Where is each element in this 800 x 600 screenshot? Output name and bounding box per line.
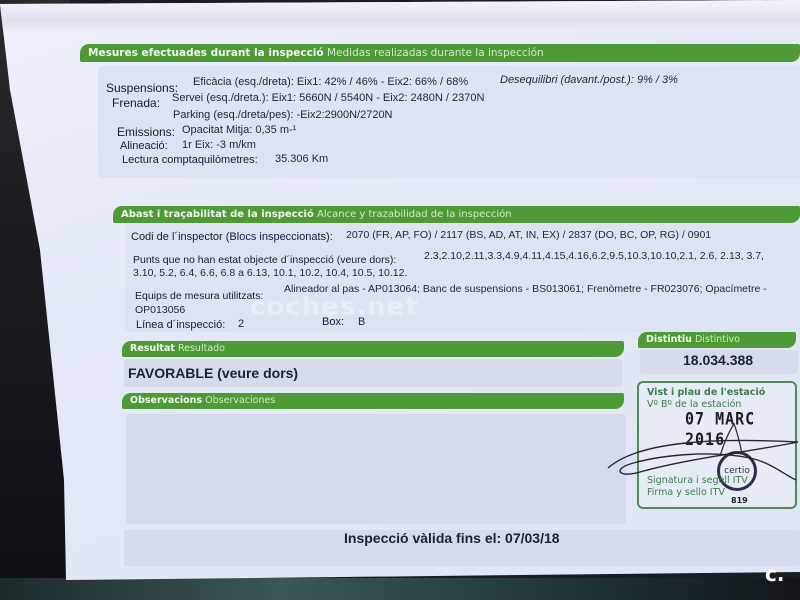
corner-logo: c.	[765, 562, 784, 586]
suspensions-value: Eficàcia (esq./dreta): Eix1: 42% / 46% -…	[193, 76, 468, 88]
suspensions-imbalance: Desequilibri (davant./post.): 9% / 3%	[500, 74, 678, 86]
inspection-document: Mesures efectuades durant la inspecció M…	[0, 0, 800, 580]
not-inspected-label: Punts que no han estat objecte d´inspecc…	[133, 254, 396, 266]
odometer-label: Lectura comptaquilòmetres:	[122, 154, 258, 166]
section-title-es: Distintivo	[695, 334, 740, 345]
section-title-es: Resultado	[178, 343, 225, 354]
suspensions-label: Suspensions:	[106, 81, 178, 95]
section-header-measures: Mesures efectuades durant la inspecció M…	[80, 44, 800, 62]
alignment-label: Alineació:	[120, 140, 168, 152]
station-number: 819	[731, 496, 748, 505]
badge-number: 18.034.388	[683, 352, 753, 368]
inspector-code-value: 2070 (FR, AP, FO) / 2117 (BS, AD, AT, IN…	[346, 229, 711, 241]
inspection-line-value: 2	[238, 318, 244, 330]
emissions-label: Emissions:	[117, 125, 175, 139]
alignment-value: 1r Eix: -3 m/km	[182, 139, 256, 151]
section-title-ca: Distintiu	[646, 334, 692, 345]
section-header-observations: Observacions Observaciones	[122, 393, 624, 409]
not-inspected-value-line1: 2.3,2.10,2.11,3.3,4.9,4.11,4.15,4.16,6.2…	[424, 250, 764, 262]
braking-label: Frenada:	[112, 96, 160, 110]
equipment-label: Equips de mesura utilitzats:	[135, 290, 263, 302]
section-header-scope: Abast i traçabilitat de la inspecció Alc…	[113, 206, 800, 223]
paper-fold	[0, 0, 800, 30]
equipment-value-line2: OP013056	[135, 304, 185, 316]
background-bottom	[0, 578, 800, 600]
section-title-es: Observaciones	[205, 395, 275, 406]
validity-text: Inspecció vàlida fins el: 07/03/18	[344, 530, 560, 546]
section-title-es: Alcance y trazabilidad de la inspección	[317, 209, 512, 220]
observations-panel	[126, 414, 626, 524]
braking-service: Servei (esq./dreta.): Eix1: 5660N / 5540…	[172, 92, 484, 104]
emissions-value: Opacitat Mitja: 0,35 m-¹	[182, 124, 296, 136]
section-title-ca: Mesures efectuades durant la inspecció	[88, 47, 324, 59]
section-header-result: Resultat Resultado	[122, 341, 624, 357]
stamp-signature-ca: Signatura i segell ITV	[647, 475, 748, 486]
section-title-ca: Abast i traçabilitat de la inspecció	[121, 209, 314, 220]
section-title-es: Medidas realizadas durante la inspección	[327, 47, 544, 59]
station-stamp-box: Vist i plau de l'estació Vº Bº de la est…	[637, 381, 797, 509]
stamp-signature-es: Firma y sello ITV	[647, 487, 725, 498]
section-title-ca: Observacions	[130, 395, 202, 406]
watermark: coches.net	[250, 292, 419, 322]
stamp-line1: Vist i plau de l'estació	[647, 387, 765, 398]
braking-parking: Parking (esq./dreta/pes): -Eix2:2900N/27…	[173, 109, 393, 121]
inspection-line-label: Línea d´inspecció:	[136, 319, 225, 331]
inspector-code-label: Codi de l´inspector (Blocs inspeccionats…	[131, 231, 333, 243]
section-header-badge: Distintiu Distintivo	[638, 332, 796, 348]
result-value: FAVORABLE (veure dors)	[128, 365, 298, 381]
odometer-value: 35.306 Km	[275, 153, 328, 165]
not-inspected-value-line2: 3.10, 5.2, 6.4, 6.6, 6.8 a 6.13, 10.1, 1…	[133, 267, 407, 279]
section-title-ca: Resultat	[130, 343, 175, 354]
stamp-date: 07 MARC 2016	[685, 408, 795, 449]
